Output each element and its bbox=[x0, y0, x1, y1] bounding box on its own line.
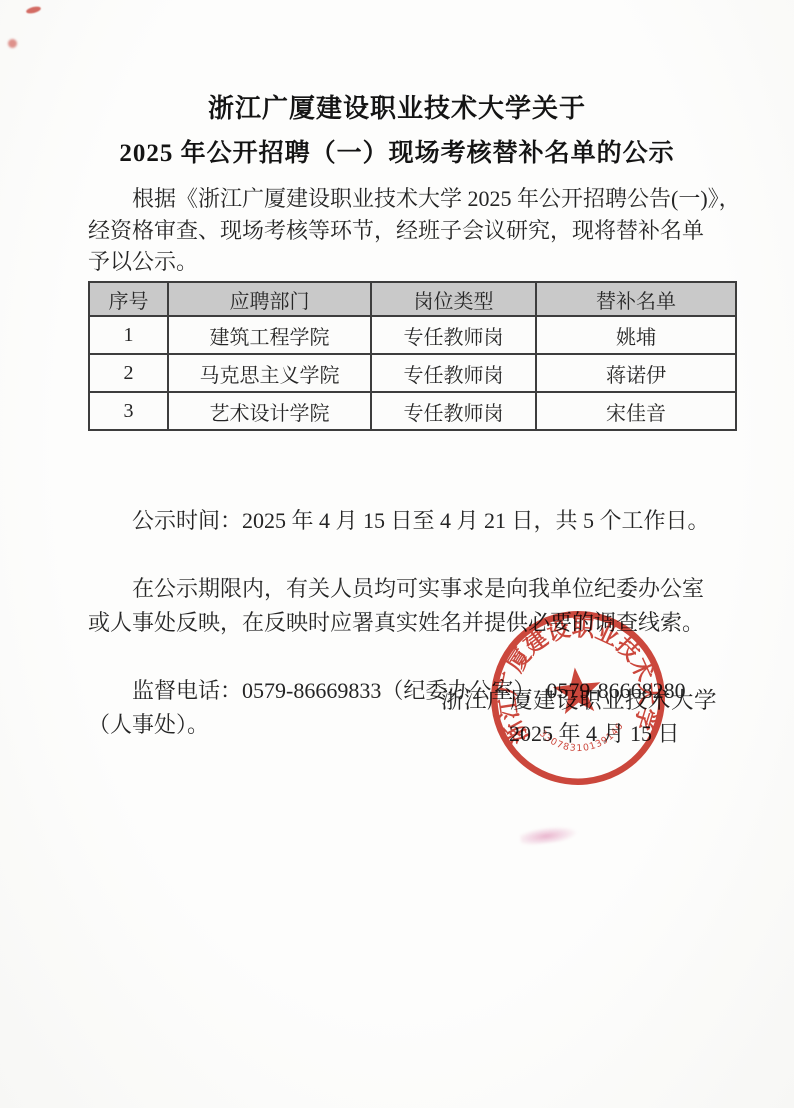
red-ink-dot bbox=[8, 39, 17, 48]
cell-post-type: 专任教师岗 bbox=[371, 354, 536, 392]
cell-post-type: 专任教师岗 bbox=[371, 392, 536, 430]
cell-replacement-name: 宋佳音 bbox=[536, 392, 736, 430]
notice-period-line: 公示时间：2025 年 4 月 15 日至 4 月 21 日，共 5 个工作日。 bbox=[88, 504, 746, 538]
table-row: 1 建筑工程学院 专任教师岗 姚埔 bbox=[89, 316, 736, 354]
col-header-post-type: 岗位类型 bbox=[371, 282, 536, 316]
table-row: 3 艺术设计学院 专任教师岗 宋佳音 bbox=[89, 392, 736, 430]
cell-department: 艺术设计学院 bbox=[168, 392, 371, 430]
intro-paragraph: 根据《浙江广厦建设职业技术大学 2025 年公开招聘公告(一)》， 经资格审查、… bbox=[88, 183, 746, 278]
scanned-notice-page: 浙江广厦建设职业技术大学关于 2025 年公开招聘（一）现场考核替补名单的公示 … bbox=[0, 0, 794, 1108]
notice-feedback-line: 在公示期限内，有关人员均可实事求是向我单位纪委办公室 或人事处反映，在反映时应署… bbox=[88, 572, 746, 640]
signature-date: 2025 年 4 月 15 日 bbox=[509, 717, 680, 748]
cell-post-type: 专任教师岗 bbox=[371, 316, 536, 354]
notice-title-line2: 2025 年公开招聘（一）现场考核替补名单的公示 bbox=[0, 133, 794, 169]
pink-ink-smudge bbox=[519, 824, 579, 847]
replacement-roster-table: 序号 应聘部门 岗位类型 替补名单 1 建筑工程学院 专任教师岗 姚埔 2 马克… bbox=[88, 281, 737, 431]
cell-index: 3 bbox=[89, 392, 168, 430]
cell-replacement-name: 蒋诺伊 bbox=[536, 354, 736, 392]
signature-organization: 浙江广厦建设职业技术大学 bbox=[441, 683, 717, 715]
cell-replacement-name: 姚埔 bbox=[536, 316, 736, 354]
cell-department: 马克思主义学院 bbox=[168, 354, 371, 392]
cell-department: 建筑工程学院 bbox=[168, 316, 371, 354]
notice-title-line1: 浙江广厦建设职业技术大学关于 bbox=[0, 88, 794, 125]
table-row: 2 马克思主义学院 专任教师岗 蒋诺伊 bbox=[89, 354, 736, 392]
cell-index: 1 bbox=[89, 316, 168, 354]
table-header-row: 序号 应聘部门 岗位类型 替补名单 bbox=[89, 282, 736, 316]
cell-index: 2 bbox=[89, 354, 168, 392]
col-header-index: 序号 bbox=[89, 282, 168, 316]
col-header-replacement: 替补名单 bbox=[536, 282, 736, 316]
red-ink-speck bbox=[25, 5, 41, 14]
col-header-department: 应聘部门 bbox=[168, 282, 371, 316]
